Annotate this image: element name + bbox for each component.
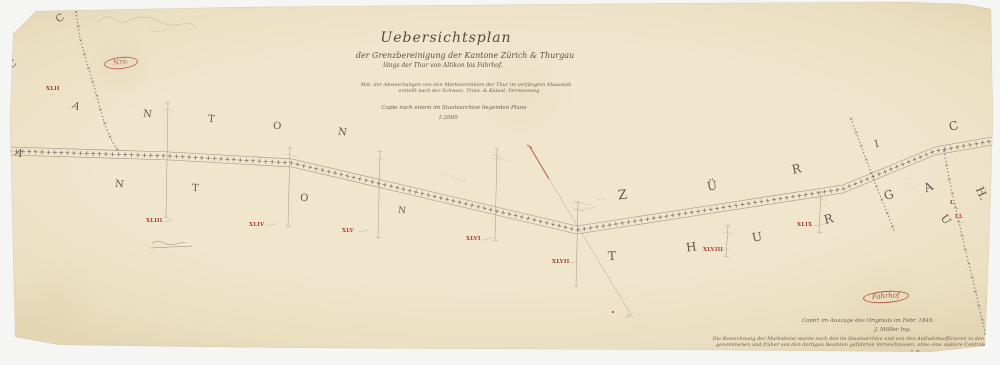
svg-text:XLIV: XLIV <box>249 222 265 228</box>
canton-letter: R <box>791 162 802 176</box>
copy-source-note: Copie nach einem im Staatsarchive liegen… <box>304 105 604 111</box>
map-note-2: erstellt nach der Schweiz. Trian. & Kata… <box>319 89 619 95</box>
svg-text:XLIII: XLIII <box>146 218 163 224</box>
svg-text:XLVIII: XLVIII <box>703 247 723 253</box>
circled-place-annotation: Fahrhof <box>863 289 909 304</box>
map-subtitle: der Grenzbereinigung der Kantone Zürich … <box>315 52 615 61</box>
signature: J. E. <box>896 350 936 356</box>
archive-number-annotation: Nro. <box>103 55 138 70</box>
svg-text:XLII: XLII <box>46 86 60 92</box>
canton-letter: N <box>398 207 407 217</box>
canton-letter: I <box>874 140 880 151</box>
canton-letter: Z <box>617 189 627 203</box>
canton-letter: C <box>7 59 19 72</box>
canton-letter: T <box>608 250 617 263</box>
canton-letter: G <box>882 188 895 203</box>
canton-letter: C <box>947 119 959 133</box>
copy-note-line-2: J. Müller Ing. <box>793 327 993 333</box>
canton-letter: U <box>938 213 952 227</box>
canton-letter: R <box>823 212 835 226</box>
canton-letter: N <box>143 110 153 121</box>
svg-text:L.: L. <box>950 200 956 206</box>
svg-text:LI.: LI. <box>955 214 964 220</box>
canton-letter: T <box>192 184 199 194</box>
canton-letter: A <box>922 180 935 195</box>
canton-letter: O <box>299 194 308 205</box>
svg-text:XLVI: XLVI <box>466 236 481 242</box>
svg-text:XLIX: XLIX <box>797 222 813 228</box>
map-title: Uebersichtsplan <box>296 31 596 46</box>
canton-letter: U <box>751 230 763 244</box>
scale-note: 1:2000 <box>298 115 598 121</box>
canton-letter: C <box>55 13 67 26</box>
canton-letter: T <box>208 115 215 125</box>
canton-letter: A <box>70 101 81 113</box>
copy-note-line-1: Copirt im Auszuge des Originals im Febr.… <box>768 318 968 324</box>
remark-line-2: genommenen und früher von den dortigen B… <box>716 343 1000 349</box>
map-subtitle-2: längs der Thur von Altikon bis Fahrhof. <box>293 63 593 70</box>
canton-letter: N <box>337 127 347 138</box>
svg-text:XLV: XLV <box>342 228 355 234</box>
canton-letter: N <box>115 180 124 191</box>
svg-text:XLVII: XLVII <box>552 259 570 265</box>
map-sheet: XLIIIXLIVXLVXLVIXLVIIXLVIIIXLIXXLIIL.LI.… <box>0 0 1000 365</box>
canton-letter: H <box>685 240 697 253</box>
canton-letter: O <box>273 122 282 133</box>
canton-letter: Ü <box>706 179 718 192</box>
canton-letter: A <box>13 148 24 160</box>
scan-background: XLIIIXLIVXLVXLVIXLVIIXLVIIIXLIXXLIIL.LI.… <box>0 0 1000 365</box>
canton-letter: H. <box>974 185 990 202</box>
